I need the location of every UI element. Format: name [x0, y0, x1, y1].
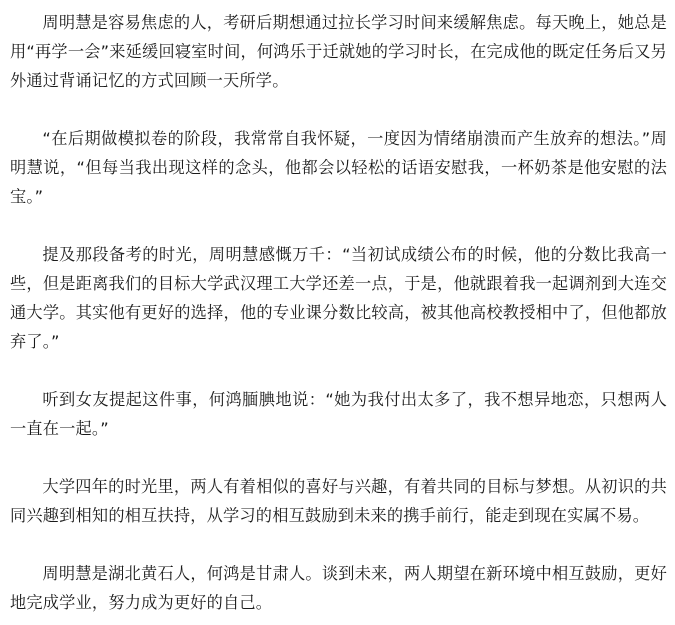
paragraph-future: 周明慧是湖北黄石人，何鸿是甘肃人。谈到未来，两人期望在新环境中相互鼓励，更好地完… — [10, 559, 667, 617]
paragraph-boyfriend-response: 听到女友提起这件事，何鸿腼腆地说：“她为我付出太多了，我不想异地恋，只想两人一直… — [10, 385, 667, 443]
article-body: 周明慧是容易焦虑的人，考研后期想通过拉长学习时间来缓解焦虑。每天晚上，她总是用“… — [0, 0, 675, 617]
paragraph-anxiety: 周明慧是容易焦虑的人，考研后期想通过拉长学习时间来缓解焦虑。每天晚上，她总是用“… — [10, 8, 667, 95]
paragraph-mock-exam-quote: “在后期做模拟卷的阶段，我常常自我怀疑，一度因为情绪崩溃而产生放弃的想法。”周明… — [10, 124, 667, 211]
paragraph-college-years: 大学四年的时光里，两人有着相似的喜好与兴趣，有着共同的目标与梦想。从初识的共同兴… — [10, 472, 667, 530]
paragraph-exam-results: 提及那段备考的时光，周明慧感慨万千：“当初试成绩公布的时候，他的分数比我高一些，… — [10, 240, 667, 356]
